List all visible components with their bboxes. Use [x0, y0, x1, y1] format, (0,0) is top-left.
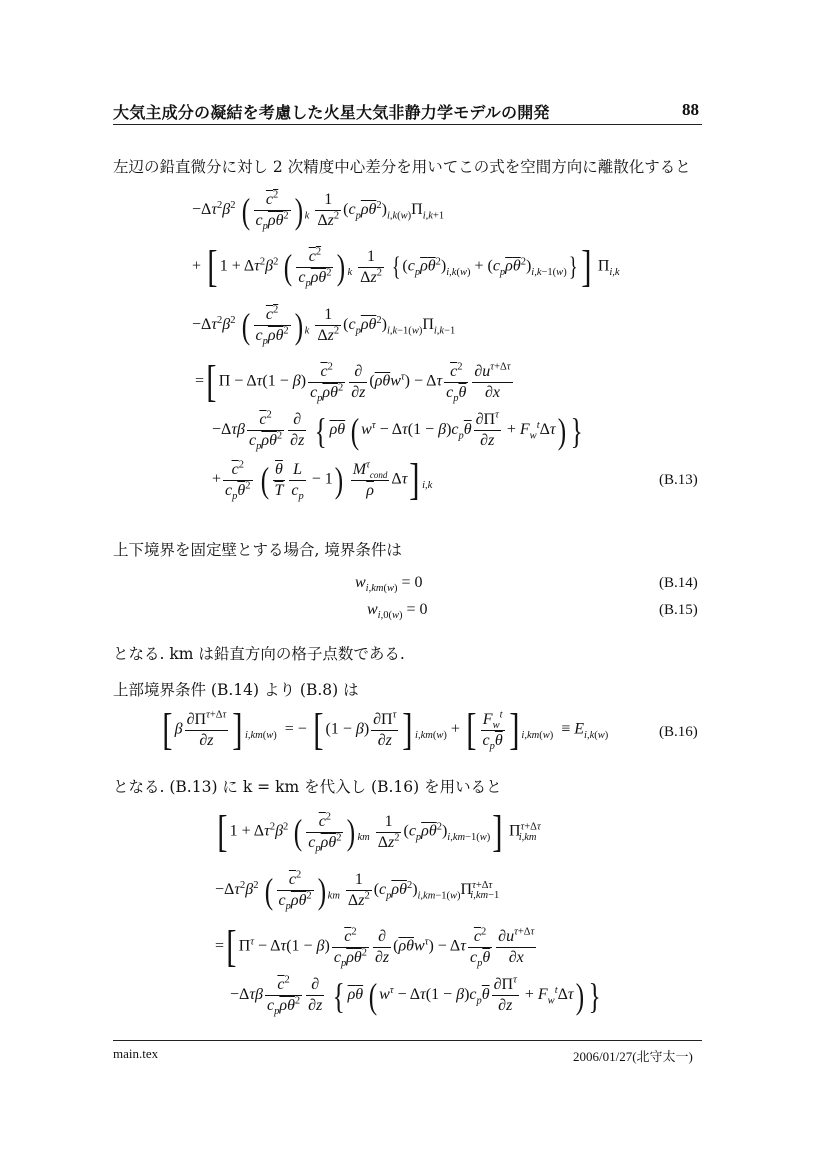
footer-filename: main.tex	[113, 1046, 158, 1062]
equation-b15: wi,0(w) = 0	[367, 601, 428, 619]
footer-rule	[113, 1040, 702, 1041]
footer-date-author: 2006/01/27(北守太一)	[573, 1046, 693, 1065]
paragraph-substitution: となる. (B.13) に k = km を代入し (B.16) を用いると	[113, 775, 502, 797]
running-header-title: 大気主成分の凝結を考慮した火星大気非静力学モデルの開発	[113, 100, 550, 123]
eq-b13-line-4: =[Π − Δτ(1 − β)c2cpρθ2∂∂z(ρθwτ) − Δτc2cp…	[195, 360, 515, 404]
equation-number-b14: (B.14)	[659, 575, 698, 592]
paragraph-km-definition: となる. km は鉛直方向の格子点数である.	[113, 642, 405, 664]
paragraph-upper-boundary: 上部境界条件 (B.14) より (B.8) は	[113, 678, 359, 700]
paragraph-intro: 左辺の鉛直微分に対し 2 次精度中心差分を用いてこの式を空間方向に離散化すると	[113, 155, 691, 177]
eq-b13-line-3: −Δτ2β2 (c2cpρθ2)k 1Δz2(cpρθ2)i,k−1(w)Πi,…	[192, 305, 455, 346]
eq-b13-line-2: + [1 + Δτ2β2 (c2cpρθ2)k 1Δz2 {(cpρθ2)i,k…	[192, 245, 620, 289]
eq-b13-line-6: +c2cpθ2 (θTLcp − 1) MτcondρΔτ]i,k	[212, 458, 432, 502]
header-rule	[113, 124, 702, 125]
equation-b16: [β∂Πτ+Δτ∂z]i,km(w) = − [(1 − β)∂Πτ∂z]i,k…	[160, 708, 608, 752]
eq-b13-line-5: −Δτβc2cpρθ2∂∂z {ρθ (wτ − Δτ(1 − β)cpθ∂Πτ…	[212, 410, 585, 451]
equation-number-b13: (B.13)	[659, 472, 698, 489]
eq-final-line-4: −Δτβc2cpρθ2∂∂z {ρθ (wτ − Δτ(1 − β)cpθ∂Πτ…	[230, 975, 603, 1016]
page-number: 88	[682, 100, 699, 120]
paragraph-boundary: 上下境界を固定壁とする場合, 境界条件は	[113, 538, 402, 560]
eq-final-line-1: [1 + Δτ2β2 (c2cpρθ2)km 1Δz2(cpρθ2)i,km−1…	[215, 810, 537, 854]
equation-b14: wi,km(w) = 0	[355, 574, 423, 592]
equation-number-b15: (B.15)	[659, 602, 698, 619]
eq-final-line-3: =[Πτ − Δτ(1 − β)c2cpρθ2∂∂z(ρθwτ) − Δτc2c…	[215, 925, 538, 969]
eq-b13-line-1: −Δτ2β2 (c2cpρθ2)k 1Δz2(cpρθ2)i,k(w)Πi,k+…	[192, 190, 444, 231]
eq-final-line-2: −Δτ2β2 (c2cpρθ2)km 1Δz2(cpρθ2)i,km−1(w)Π…	[215, 870, 499, 911]
equation-number-b16: (B.16)	[659, 724, 698, 741]
